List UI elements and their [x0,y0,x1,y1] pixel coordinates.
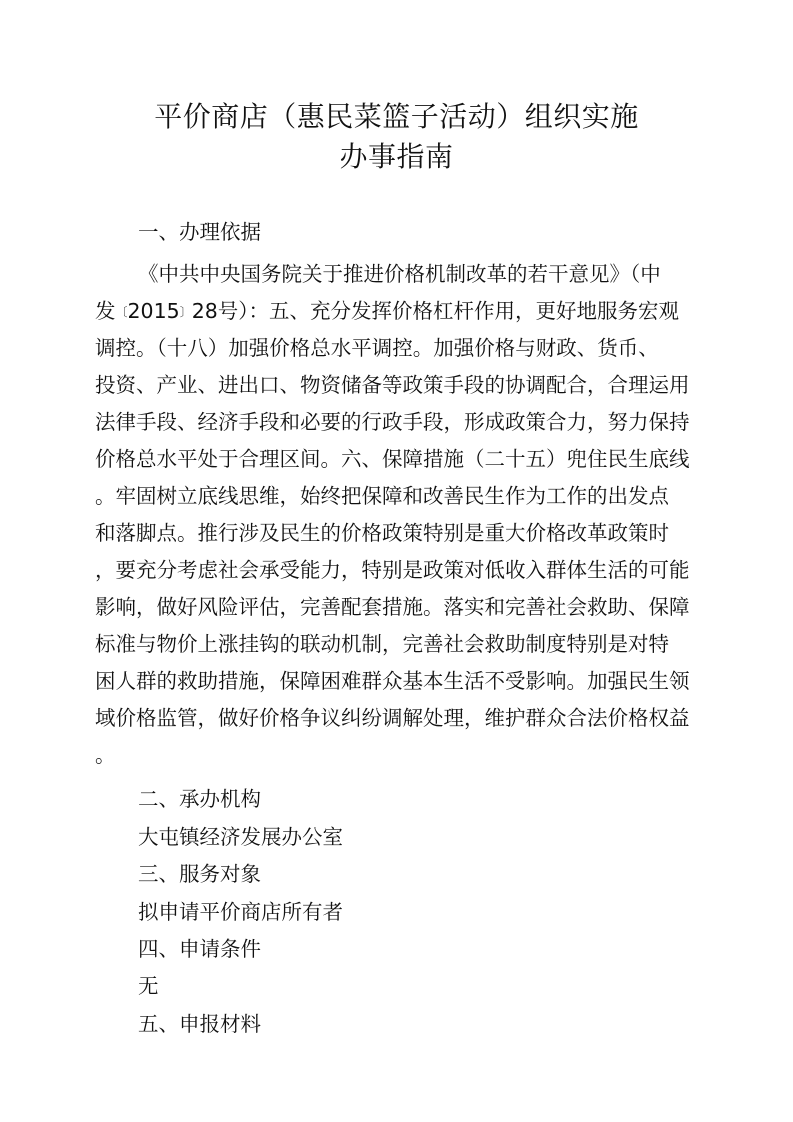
paragraph-line: 域价格监管，做好价格争议纠纷调解处理，维护群众合法价格权益 [95,703,715,733]
close-bracket: 〕 [180,305,192,319]
paragraph-line: 。 [95,740,715,770]
paragraph-line: 价格总水平处于合理区间。六、保障措施（二十五）兜住民生底线 [95,444,715,474]
text-fragment: 28号）：五、充分发挥价格杠杆作用，更好地服务宏观 [192,299,679,323]
section-content-conditions: 无 [138,971,758,1001]
open-bracket: 〔 [116,305,128,319]
paragraph-line: 影响，做好风险评估，完善配套措施。落实和完善社会救助、保障 [95,592,715,622]
section-content-service-target: 拟申请平价商店所有者 [138,897,758,927]
document-title-line-1: 平价商店（惠民菜篮子活动）组织实施 [0,97,793,137]
document-page: 平价商店（惠民菜篮子活动）组织实施 办事指南 一、办理依据 《中共中央国务院关于… [0,0,793,1122]
text-fragment: 发 [95,299,116,323]
paragraph-line: 困人群的救助措施，保障困难群众基本生活不受影响。加强民生领 [95,666,715,696]
paragraph-line: 发〔2015〕28号）：五、充分发挥价格杠杆作用，更好地服务宏观 [95,296,715,327]
section-heading-materials: 五、申报材料 [138,1009,758,1039]
section-heading-service-target: 三、服务对象 [138,859,758,889]
section-heading-conditions: 四、申请条件 [138,934,758,964]
doc-year: 2015 [128,299,180,323]
paragraph-line: ，要充分考虑社会承受能力，特别是政策对低收入群体生活的可能 [95,555,715,585]
paragraph-line: 投资、产业、进出口、物资储备等政策手段的协调配合，合理运用 [95,370,715,400]
section-heading-basis: 一、办理依据 [138,217,758,247]
section-content-organization: 大屯镇经济发展办公室 [138,822,758,852]
paragraph-line: 和落脚点。推行涉及民生的价格政策特别是重大价格改革政策时 [95,518,715,548]
paragraph-line: 调控。（十八）加强价格总水平调控。加强价格与财政、货币、 [95,333,715,363]
section-heading-organization: 二、承办机构 [138,784,758,814]
paragraph-line: 标准与物价上涨挂钩的联动机制，完善社会救助制度特别是对特 [95,629,715,659]
paragraph-line: 法律手段、经济手段和必要的行政手段，形成政策合力，努力保持 [95,407,715,437]
paragraph-line: 。牢固树立底线思维，始终把保障和改善民生作为工作的出发点 [95,481,715,511]
document-title-line-2: 办事指南 [0,137,793,177]
paragraph-line: 《中共中央国务院关于推进价格机制改革的若干意见》（中 [138,259,758,289]
